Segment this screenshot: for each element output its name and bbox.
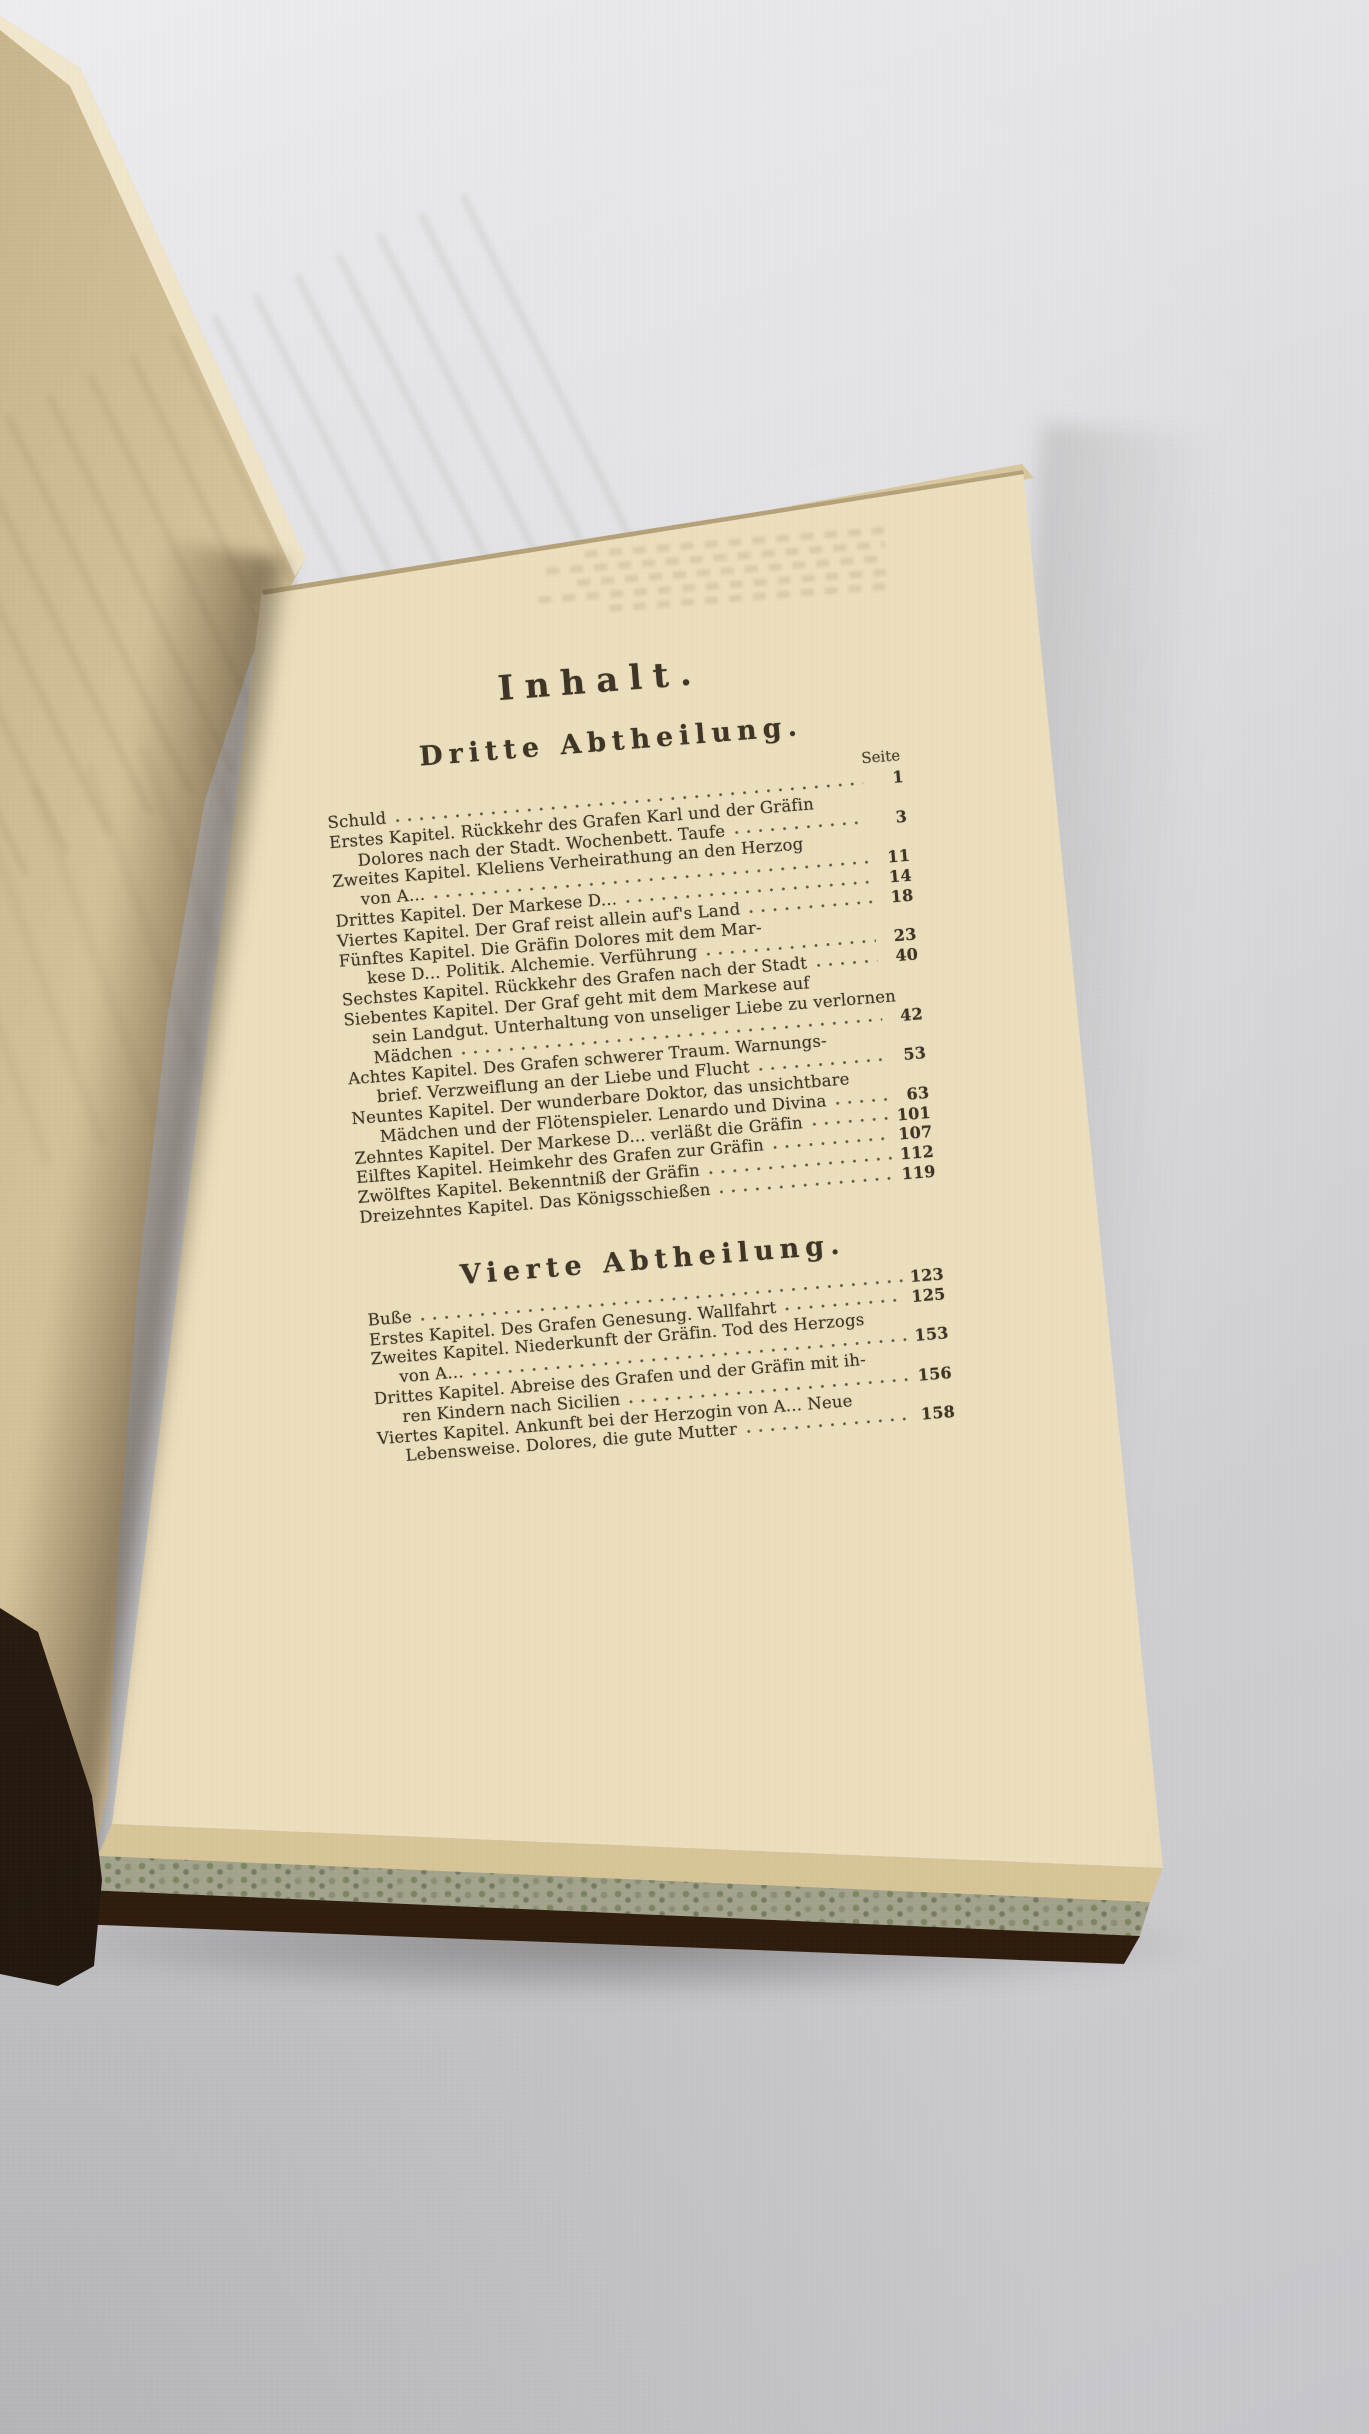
photo-grain (0, 0, 1369, 2434)
photo-scene: Inhalt. Dritte Abtheilung.SeiteSchuld1Er… (0, 0, 1369, 2434)
